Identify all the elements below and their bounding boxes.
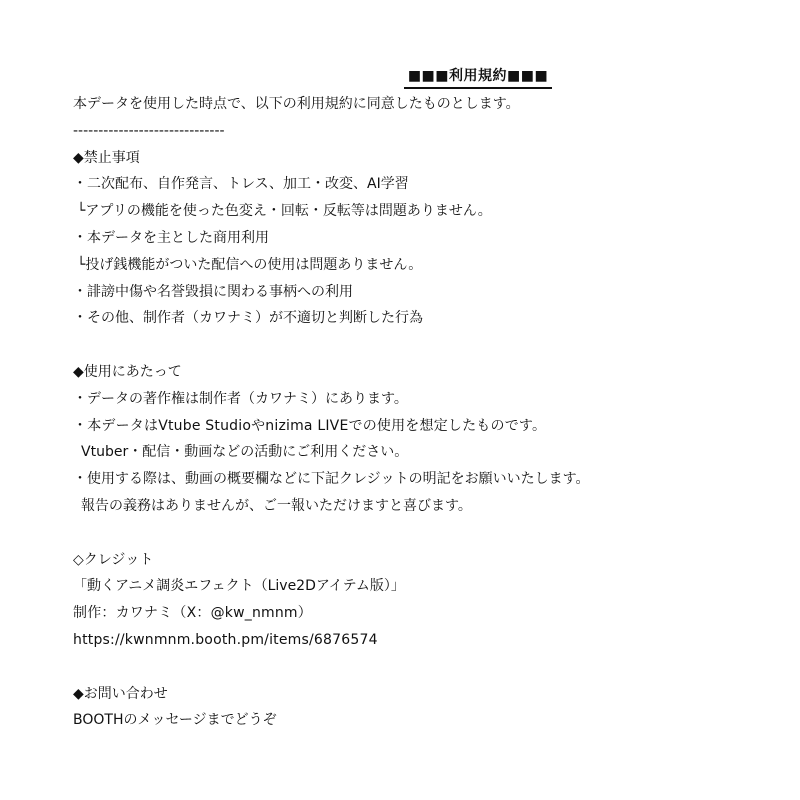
prohibited-item: ・二次配布、自作発言、トレス、加工・改変、AI学習 [73,171,590,198]
prohibited-note: └アプリの機能を使った色変え・回転・反転等は問題ありません。 [73,198,590,225]
usage-item-continued: Vtuber・配信・動画などの活動にご利用ください。 [73,439,590,466]
page-title: ■■■利用規約■■■ [404,65,552,89]
divider-line: ------------------------------ [73,118,590,145]
prohibited-heading: ◆禁止事項 [73,145,590,172]
contact-heading: ◆お問い合わせ [73,681,590,708]
usage-item: ・データの著作権は制作者（カワナミ）にあります。 [73,386,590,413]
usage-item: ・使用する際は、動画の概要欄などに下記クレジットの明記をお願いいたします。 [73,466,590,493]
document-body: 本データを使用した時点で、以下の利用規約に同意したものとします。 -------… [73,91,590,734]
spacer [73,332,590,359]
contact-text: BOOTHのメッセージまでどうぞ [73,707,590,734]
intro-text: 本データを使用した時点で、以下の利用規約に同意したものとします。 [73,91,590,118]
prohibited-item: ・その他、制作者（カワナミ）が不適切と判断した行為 [73,305,590,332]
credit-heading: ◇クレジット [73,547,590,574]
prohibited-item: ・本データを主とした商用利用 [73,225,590,252]
spacer [73,654,590,681]
spacer [73,520,590,547]
title-row: ■■■利用規約■■■ [73,65,727,91]
usage-item: ・本データはVtube Studioやnizima LIVEでの使用を想定したも… [73,413,590,440]
credit-url: https://kwnmnm.booth.pm/items/6876574 [73,627,590,654]
usage-item-continued: 報告の義務はありませんが、ご一報いただけますと喜びます。 [73,493,590,520]
prohibited-item: ・誹謗中傷や名誉毀損に関わる事柄への利用 [73,279,590,306]
credit-author: 制作：カワナミ（X：@kw_nmnm） [73,600,590,627]
credit-product-name: 「動くアニメ調炎エフェクト（Live2Dアイテム版）」 [73,573,590,600]
prohibited-note: └投げ銭機能がついた配信への使用は問題ありません。 [73,252,590,279]
usage-heading: ◆使用にあたって [73,359,590,386]
